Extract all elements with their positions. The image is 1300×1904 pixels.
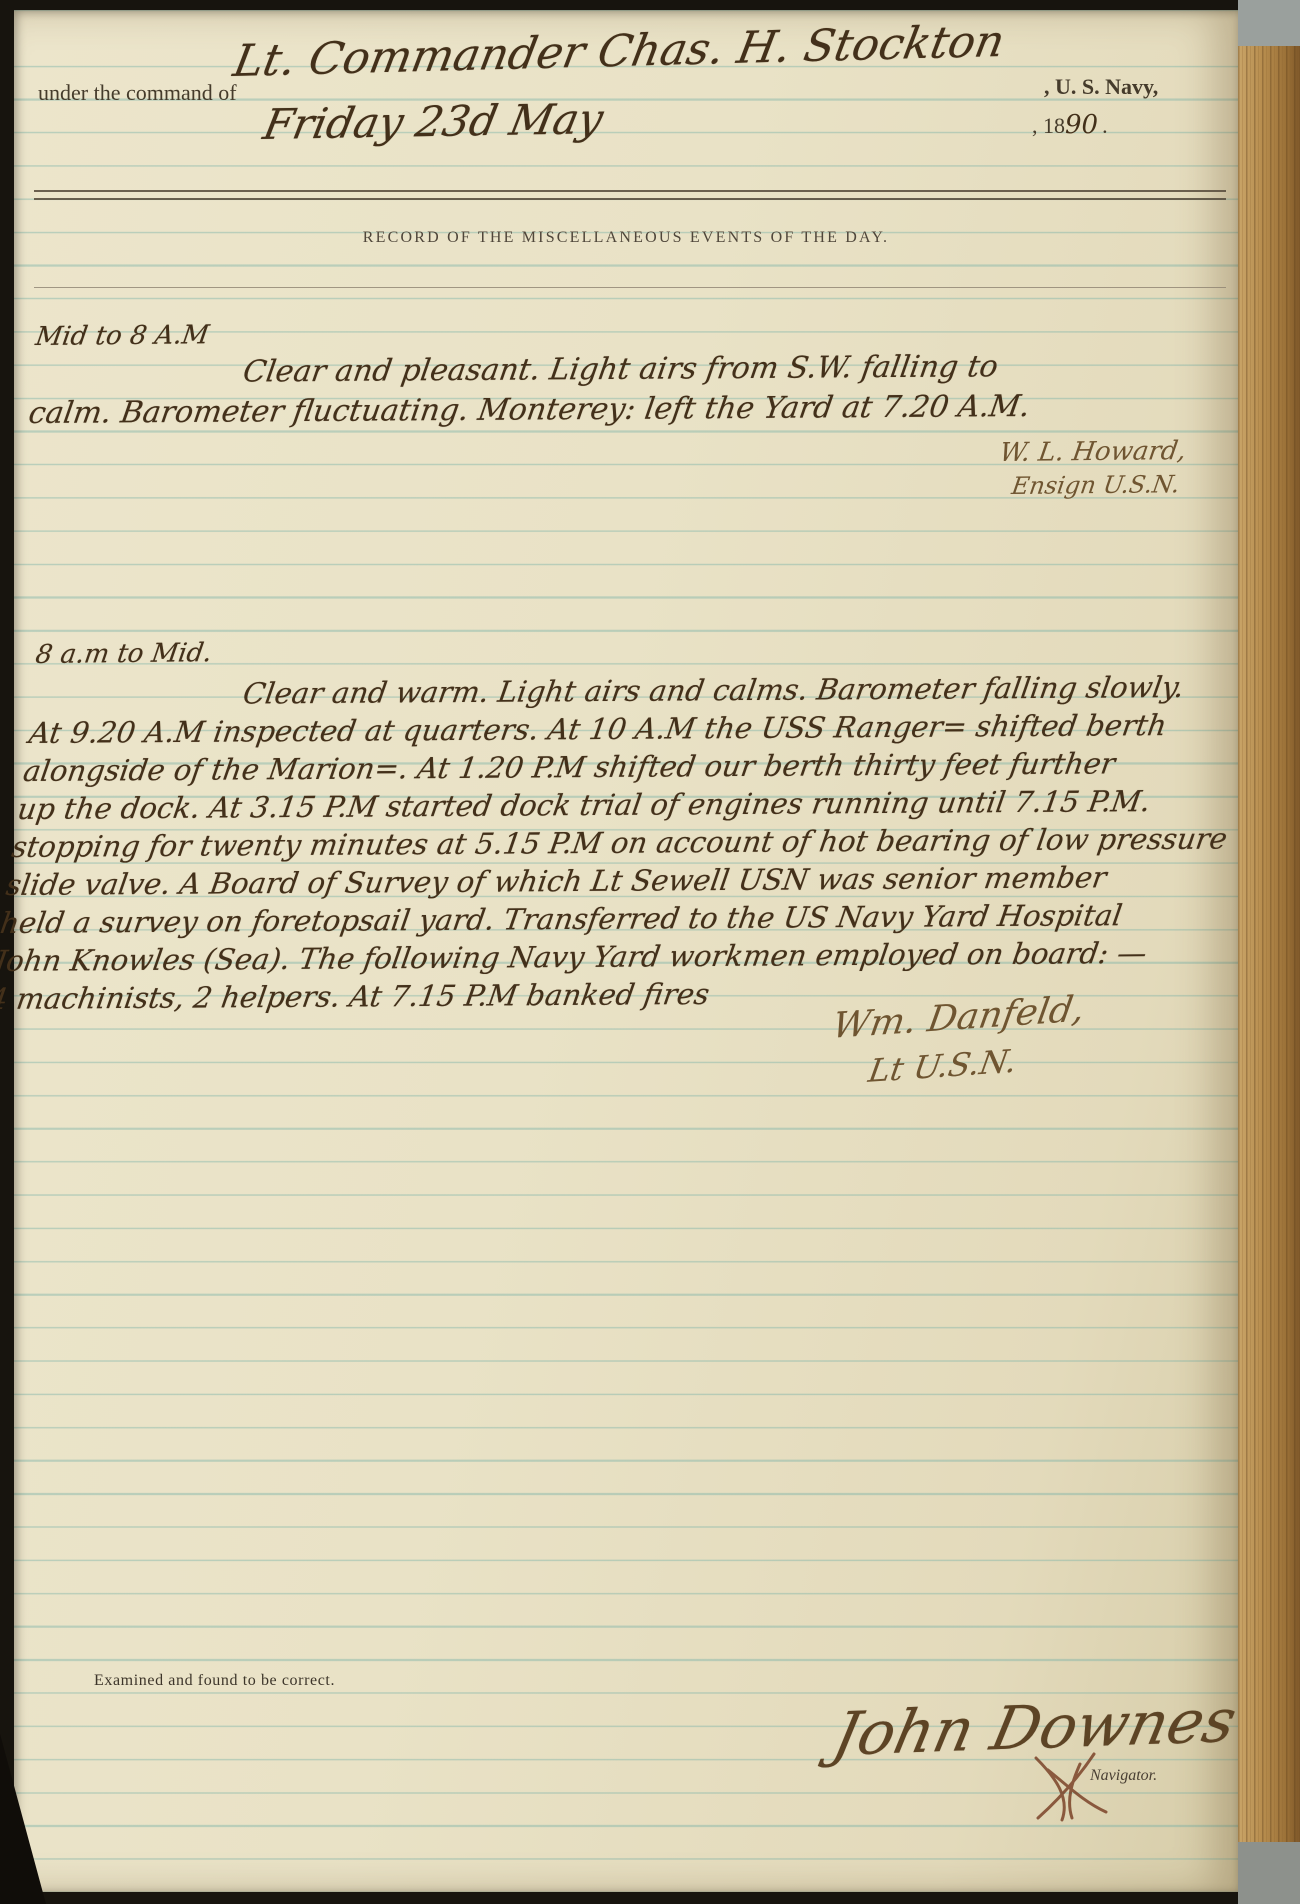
handwritten-date: Friday 23d May: [259, 94, 607, 149]
logbook-photo: under the command of Lt. Commander Chas.…: [0, 0, 1300, 1904]
entry1-signature: W. L. Howard,: [998, 436, 1189, 468]
entry1-signature-rank: Ensign U.S.N.: [1010, 470, 1182, 500]
entry-mid-to-8am-text: Clear and pleasant. Light airs from S.W.…: [26, 346, 1229, 434]
watch-label-8am-to-mid: 8 a.m to Mid.: [34, 638, 214, 670]
printed-year-prefix: , 18: [1032, 113, 1065, 138]
entry2-signature-rank: Lt U.S.N.: [866, 1042, 1020, 1090]
navigator-label: Navigator.: [1090, 1767, 1157, 1785]
examined-statement: Examined and found to be correct.: [94, 1672, 335, 1690]
printed-command-label: under the command of: [38, 80, 237, 106]
background-bottom-right: [1238, 1842, 1300, 1904]
printed-navy-label: , U. S. Navy,: [1044, 74, 1158, 100]
printed-year-period: .: [1102, 113, 1108, 138]
watch-label-mid-to-8am: Mid to 8 A.M: [34, 320, 211, 352]
signature-flourish-icon: [1022, 1752, 1114, 1829]
header-rule-top: [34, 190, 1226, 192]
book-page-edges: [1238, 46, 1300, 1842]
entry-8am-to-mid-text: Clear and warm. Light airs and calms. Ba…: [0, 668, 1255, 1018]
section-title: RECORD OF THE MISCELLANEOUS EVENTS OF TH…: [14, 229, 1238, 247]
logbook-page: under the command of Lt. Commander Chas.…: [14, 10, 1238, 1892]
handwritten-year: 90: [1065, 110, 1098, 140]
year-line: , 1890 .: [1032, 110, 1108, 140]
section-rule: [34, 287, 1226, 288]
background-top-right: [1238, 0, 1300, 46]
handwritten-commander-name: Lt. Commander Chas. H. Stockton: [229, 16, 1008, 87]
entry-line: calm. Barometer fluctuating. Monterey: l…: [26, 386, 1223, 434]
header-rule-bottom: [34, 198, 1226, 200]
